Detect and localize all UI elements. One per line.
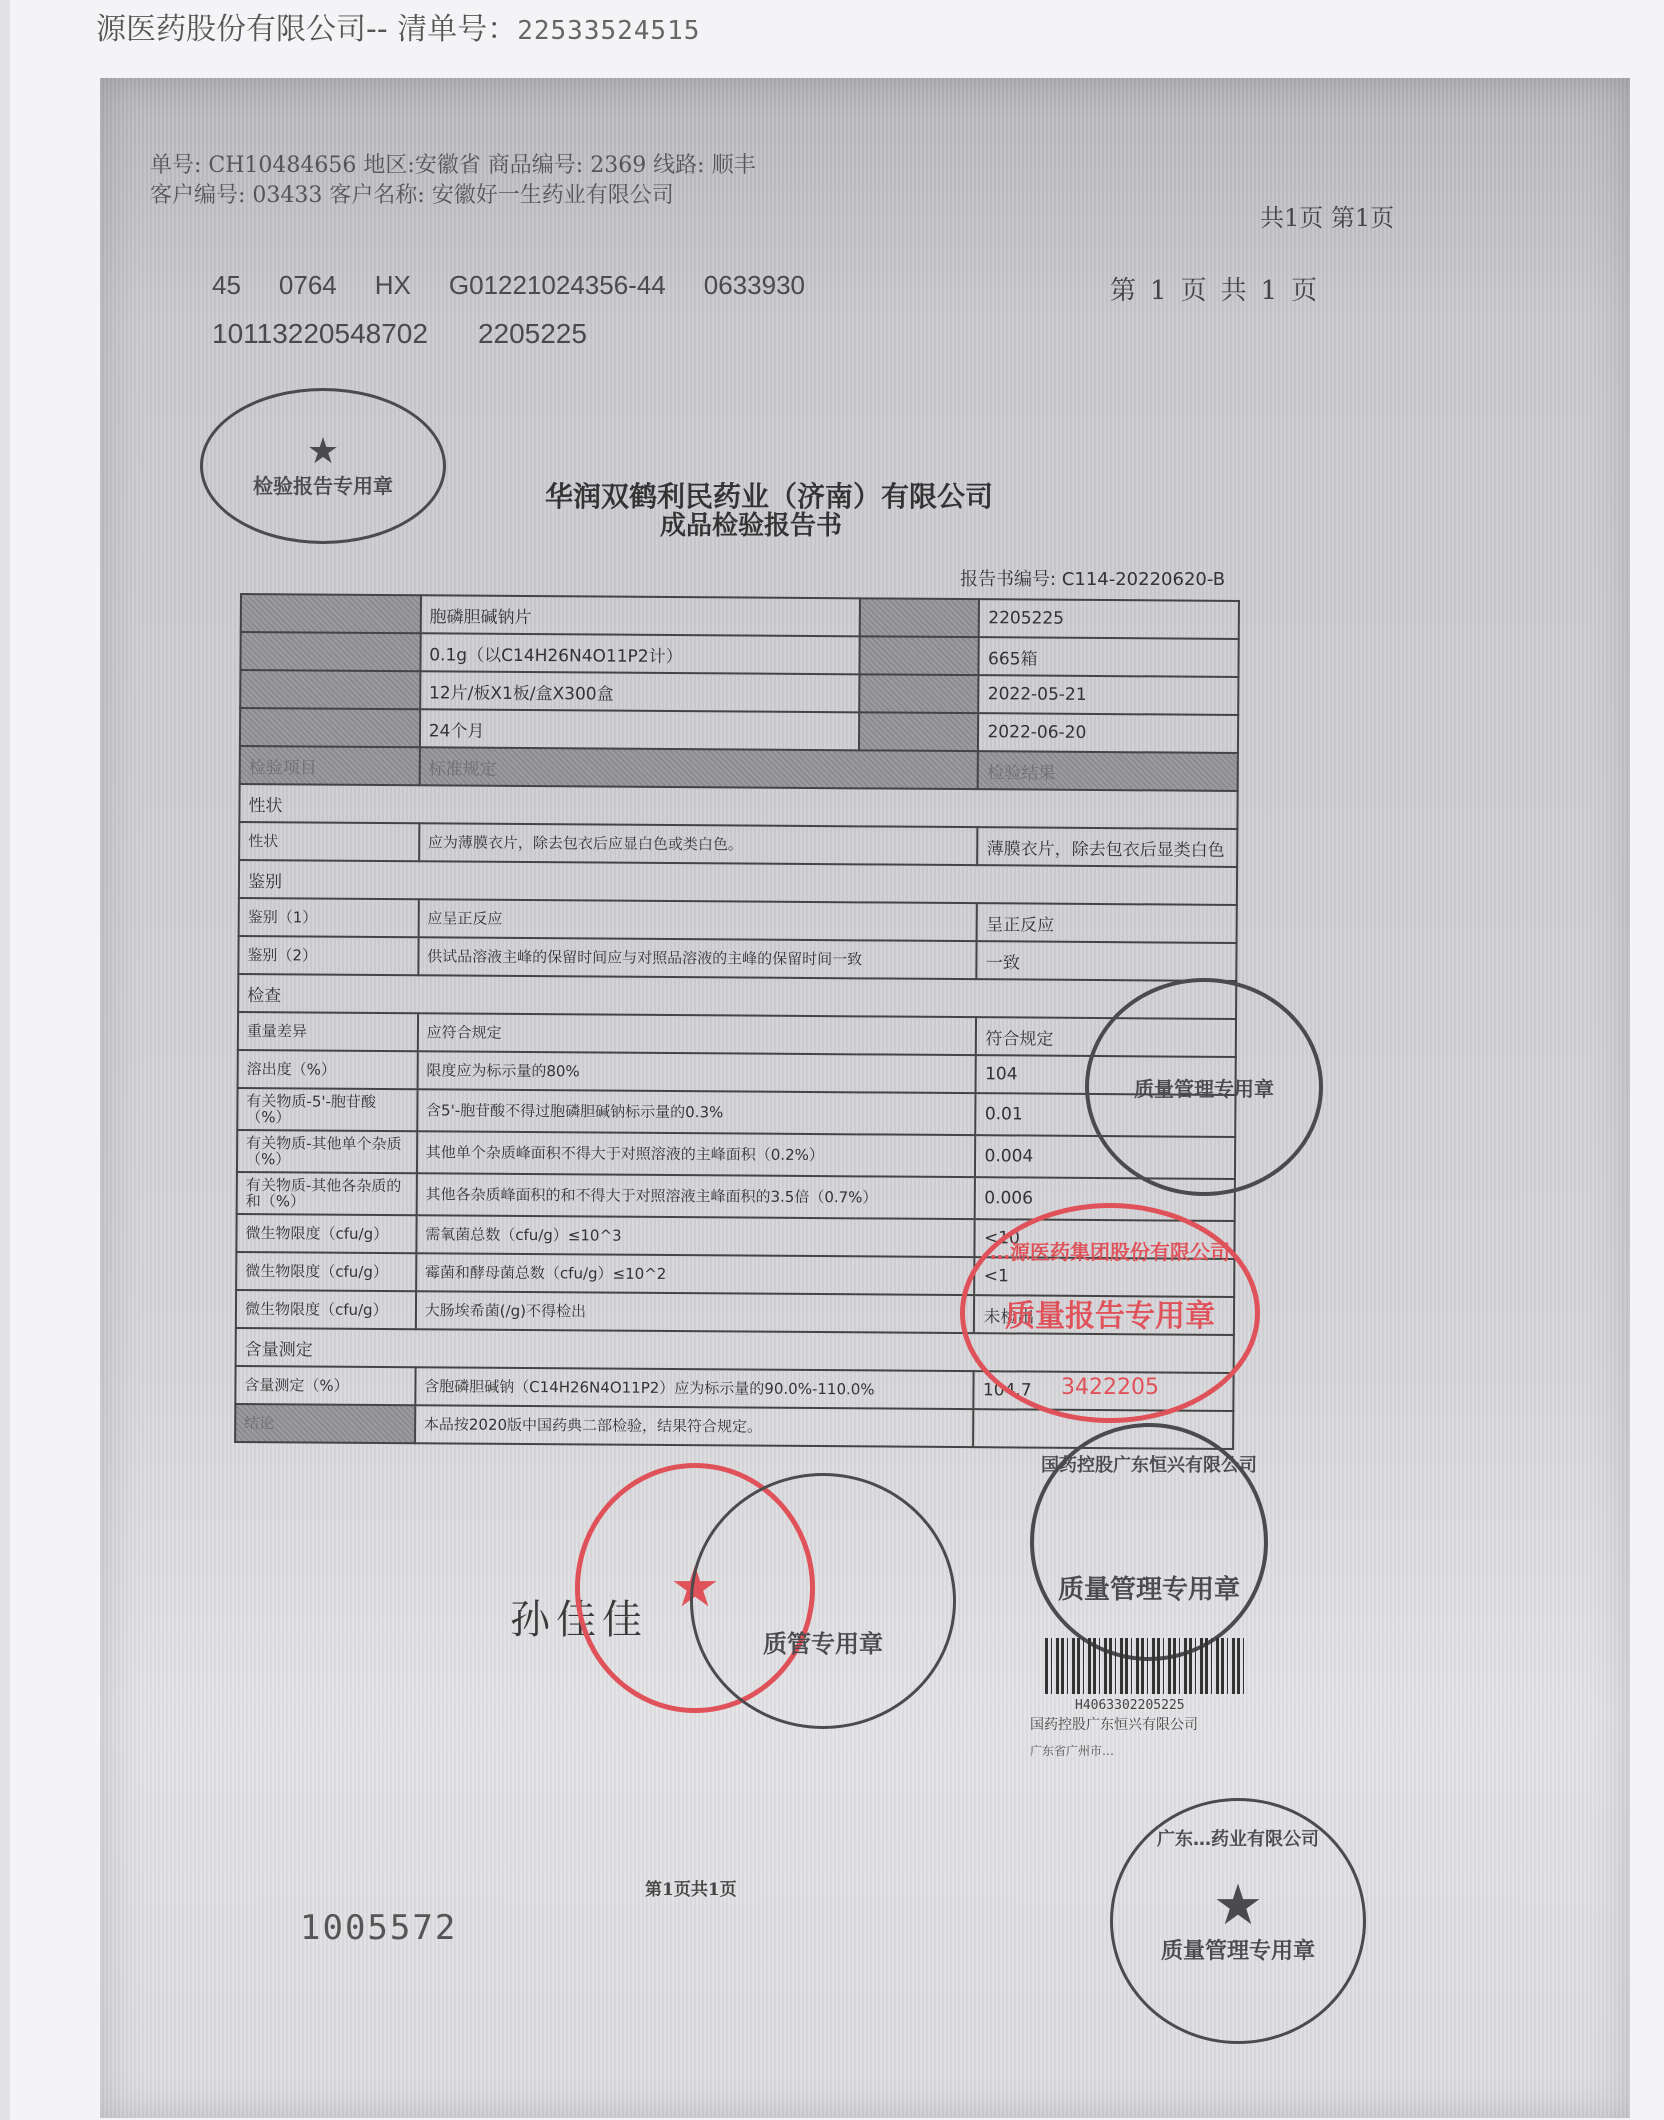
- shelf-life: 24个月: [420, 709, 859, 750]
- result-cell: 一致: [977, 941, 1237, 981]
- hengxing-quality-stamp: 国药控股广东恒兴有限公司 质量管理专用章: [1030, 1423, 1268, 1661]
- standard-cell: 应符合规定: [418, 1013, 977, 1055]
- report-number-label: 报告书编号:: [960, 569, 1056, 590]
- standard-cell: 本品按2020版中国药典二部检验，结果符合规定。: [415, 1405, 974, 1447]
- code: 10113220548702: [212, 318, 428, 349]
- page-text: 1: [1150, 276, 1167, 306]
- product-name: 胞磷胆碱钠片: [420, 595, 859, 636]
- code: HX: [375, 270, 411, 300]
- standard-cell: 含5'-胞苷酸不得过胞磷胆碱钠标示量的0.3%: [417, 1089, 976, 1135]
- label-cell: [859, 674, 979, 713]
- standard-cell: 含胞磷胆碱钠（C14H26N4O11P2）应为标示量的90.0%-110.0%: [415, 1367, 974, 1409]
- stamp-text: 质管专用章: [763, 1624, 883, 1659]
- label-cell: [241, 594, 421, 633]
- item-cell: 重量差异: [238, 1012, 418, 1051]
- item-cell: 微生物限度（cfu/g）: [236, 1214, 416, 1253]
- barcode-number: H4063302205225: [1075, 1698, 1185, 1713]
- stamp-text: 质量管理专用章: [1134, 1073, 1274, 1102]
- barcode-caption: 国药控股广东恒兴有限公司: [1030, 1714, 1198, 1734]
- standard-cell: 其他各杂质峰面积的和不得大于对照溶液主峰面积的3.5倍（0.7%）: [416, 1173, 975, 1219]
- barcode: [1045, 1638, 1245, 1694]
- item-cell: 结论: [235, 1404, 415, 1443]
- table-row: 有关物质-其他单个杂质（%）其他单个杂质峰面积不得大于对照溶液的主峰面积（0.2…: [237, 1130, 1235, 1179]
- item-cell: 含量测定（%）: [235, 1366, 415, 1405]
- label-cell: [859, 636, 979, 675]
- report-date: 2022-06-20: [978, 713, 1238, 753]
- list-number: 22533524515: [517, 16, 700, 46]
- item-cell: 鉴别（2）: [238, 936, 418, 975]
- code: 2205225: [478, 318, 587, 349]
- standard-cell: 应呈正反应: [418, 899, 977, 941]
- header-standard: 标准规定: [419, 747, 978, 789]
- barcode-caption-2: 广东省广州市…: [1030, 1742, 1114, 1759]
- page-text: 页: [1181, 276, 1207, 306]
- stamp-text: 质量管理专用章: [1161, 1934, 1315, 1965]
- result-cell: 薄膜衣片，除去包衣后显类白色: [978, 827, 1238, 867]
- label-cell: [860, 598, 980, 637]
- standard-cell: 供试品溶液主峰的保留时间应与对照品溶液的主峰的保留时间一致: [418, 937, 977, 979]
- stamp-ring-text: 国药控股广东恒兴有限公司: [1041, 1451, 1257, 1477]
- standard-cell: 其他单个杂质峰面积不得大于对照溶液的主峰面积（0.2%）: [417, 1131, 976, 1177]
- page-edge: [0, 0, 10, 2120]
- code: 45: [212, 270, 241, 300]
- report-number-value: C114-20220620-B: [1062, 569, 1225, 590]
- standard-cell: 霉菌和酵母菌总数（cfu/g）≤10^2: [416, 1253, 975, 1295]
- page-indicator: 共1页 第1页: [1260, 198, 1394, 233]
- company-fragment: 源医药股份有限公司--: [96, 12, 388, 47]
- stamp-text: 质量报告专用章: [1005, 1291, 1215, 1335]
- result-cell: 呈正反应: [977, 903, 1237, 943]
- star-icon: ★: [1213, 1878, 1263, 1934]
- standard-cell: 应为薄膜衣片，除去包衣后应显白色或类白色。: [419, 823, 978, 865]
- codes-row-2: 101132205487022205225: [212, 318, 637, 350]
- stamp-ring-text: …源医药集团股份有限公司: [990, 1236, 1230, 1265]
- page-text: 1: [1261, 276, 1278, 306]
- document-header: 源医药股份有限公司-- 清单号：22533524515: [96, 4, 700, 48]
- label-cell: [240, 670, 420, 709]
- stamp-text: 质量管理专用章: [1058, 1569, 1240, 1606]
- item-cell: 有关物质-其他各杂质的和（%）: [237, 1172, 417, 1215]
- stamp-ring-text: 广东…药业有限公司: [1157, 1825, 1319, 1851]
- code: G01221024356-44: [449, 270, 666, 300]
- page-text: 页: [1291, 276, 1317, 306]
- report-number: 报告书编号: C114-20220620-B: [960, 565, 1225, 591]
- quantity: 665箱: [979, 637, 1239, 677]
- code: 0764: [279, 270, 337, 300]
- item-cell: 性状: [239, 822, 419, 861]
- quality-management-stamp-1: 质量管理专用章: [1085, 978, 1323, 1196]
- bottom-quality-stamp: 广东…药业有限公司 ★ 质量管理专用章: [1110, 1798, 1366, 2044]
- footer-pages: 第1页共1页: [645, 1875, 737, 1900]
- batch-no: 2205225: [979, 599, 1239, 639]
- stamp-code: 3422205: [1061, 1375, 1159, 1400]
- codes-row-1: 450764HXG01221024356-440633930: [212, 270, 843, 301]
- order-info-line2: 客户编号: 03433 客户名称: 安徽好一生药业有限公司: [150, 178, 674, 209]
- serial-number: 1005572: [300, 1908, 457, 1948]
- order-info-line1: 单号: CH10484656 地区:安徽省 商品编号: 2369 线路: 顺丰: [150, 148, 756, 179]
- quality-management-stamp-2: 质管专用章: [690, 1473, 956, 1729]
- scanned-report: 单号: CH10484656 地区:安徽省 商品编号: 2369 线路: 顺丰 …: [100, 78, 1630, 2118]
- standard-cell: 限度应为标示量的80%: [417, 1051, 976, 1093]
- quality-report-stamp: …源医药集团股份有限公司 质量报告专用章 3422205: [960, 1203, 1260, 1423]
- item-cell: 有关物质-5'-胞苷酸（%）: [237, 1088, 417, 1131]
- standard-cell: 大肠埃希菌(/g)不得检出: [416, 1291, 975, 1333]
- star-icon: ★: [307, 434, 339, 470]
- header-item: 检验项目: [240, 746, 420, 785]
- label-cell: [859, 712, 979, 751]
- package: 12片/板X1板/盒X300盒: [420, 671, 859, 712]
- item-cell: 鉴别（1）: [239, 898, 419, 937]
- page-indicator-2: 第1页共1页: [1110, 270, 1331, 307]
- stamp-text: 检验报告专用章: [253, 470, 393, 499]
- production-date: 2022-05-21: [979, 675, 1239, 715]
- inspection-report-stamp: ★ 检验报告专用章: [200, 388, 446, 544]
- item-cell: 微生物限度（cfu/g）: [236, 1290, 416, 1329]
- item-cell: 有关物质-其他单个杂质（%）: [237, 1130, 417, 1173]
- item-cell: 溶出度（%）: [238, 1050, 418, 1089]
- page-text: 共: [1221, 276, 1247, 306]
- strength: 0.1g（以C14H26N4O11P2计）: [420, 633, 859, 674]
- report-title: 成品检验报告书: [660, 505, 842, 542]
- page-text: 第: [1110, 276, 1136, 306]
- label-cell: [240, 632, 420, 671]
- item-cell: 微生物限度（cfu/g）: [236, 1252, 416, 1291]
- list-label: 清单号：: [397, 12, 517, 47]
- header-result: 检验结果: [978, 751, 1238, 791]
- label-cell: [240, 708, 420, 747]
- standard-cell: 需氧菌总数（cfu/g）≤10^3: [416, 1215, 975, 1257]
- code: 0633930: [704, 270, 805, 300]
